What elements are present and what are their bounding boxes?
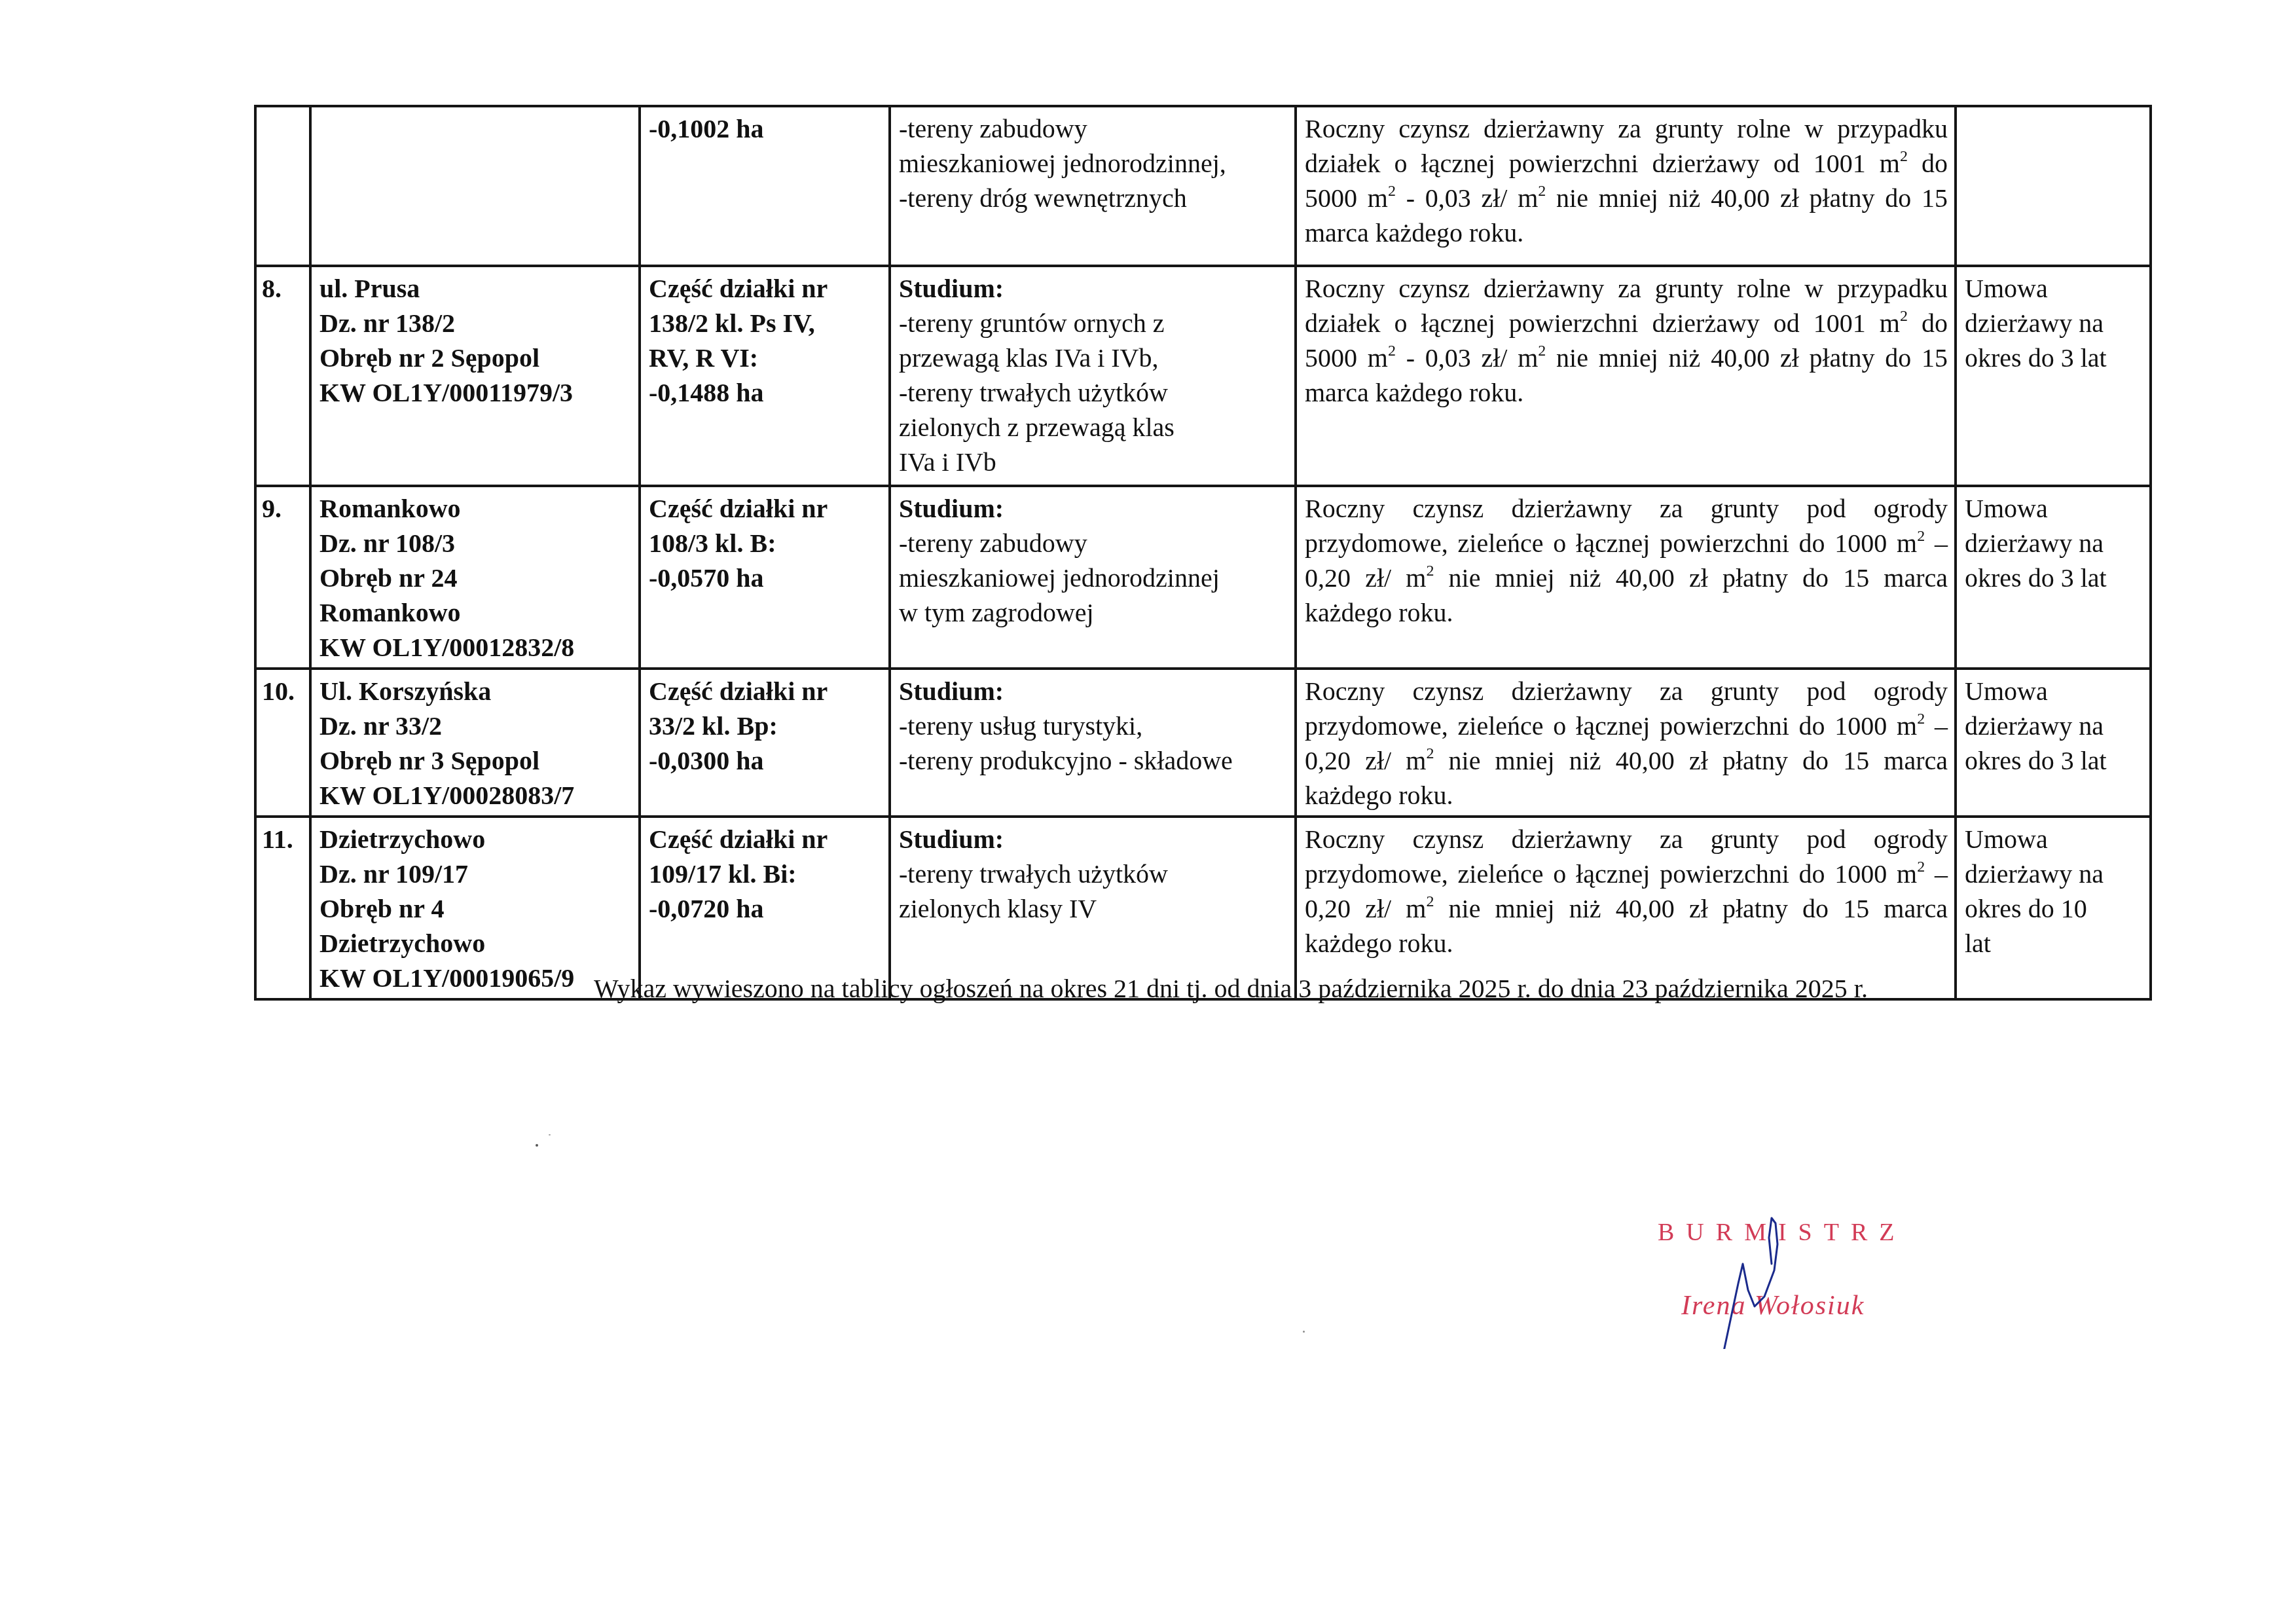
plot-part: -0,1002 ha <box>640 106 890 266</box>
study-line: -tereny produkcyjno - składowe <box>899 743 1288 778</box>
superscript: 2 <box>1426 745 1434 762</box>
term-line: Umowa <box>1965 674 2143 709</box>
superscript: 2 <box>1426 893 1434 910</box>
plot-location: RomankowoDz. nr 108/3Obręb nr 24Romankow… <box>310 486 640 669</box>
lease-term <box>1956 106 2151 266</box>
study-line: -tereny zabudowy <box>899 111 1288 146</box>
superscript: 2 <box>1388 342 1396 360</box>
location-line: Obręb nr 3 Sępopol <box>319 743 632 778</box>
annual-rent: Roczny czynsz dzierżawny za grunty pod o… <box>1296 486 1956 669</box>
study-line: -tereny usług turystyki, <box>899 709 1288 743</box>
location-line: Romankowo <box>319 595 632 630</box>
study-designation: Studium:-tereny usług turystyki,-tereny … <box>890 669 1296 817</box>
term-line: Umowa <box>1965 822 2143 857</box>
location-line: KW OL1Y/00011979/3 <box>319 375 632 410</box>
study-designation: Studium:-tereny gruntów ornych zprzewagą… <box>890 266 1296 486</box>
table-row: 10.Ul. KorszyńskaDz. nr 33/2Obręb nr 3 S… <box>255 669 2151 817</box>
handwritten-signature-icon <box>1650 1192 1990 1349</box>
location-line: ul. Prusa <box>319 271 632 306</box>
location-line: Dz. nr 33/2 <box>319 709 632 743</box>
lease-term: Umowadzierżawy naokres do 10lat <box>1956 817 2151 999</box>
table-row: -0,1002 ha-tereny zabudowymieszkaniowej … <box>255 106 2151 266</box>
term-line: Umowa <box>1965 491 2143 526</box>
row-number: 9. <box>255 486 310 669</box>
part-line: RV, R VI: <box>649 341 882 375</box>
table-row: 8.ul. PrusaDz. nr 138/2Obręb nr 2 Sępopo… <box>255 266 2151 486</box>
study-line: zielonych z przewagą klas <box>899 410 1288 445</box>
location-line: Obręb nr 2 Sępopol <box>319 341 632 375</box>
study-line: -tereny zabudowy <box>899 526 1288 561</box>
part-line: -0,0720 ha <box>649 891 882 926</box>
row-number: 8. <box>255 266 310 486</box>
study-title: Studium: <box>899 271 1288 306</box>
superscript: 2 <box>1917 528 1925 545</box>
location-line: Obręb nr 4 <box>319 891 632 926</box>
study-designation: Studium:-tereny zabudowymieszkaniowej je… <box>890 486 1296 669</box>
study-line: -tereny trwałych użytków <box>899 375 1288 410</box>
term-line: dzierżawy na <box>1965 306 2143 341</box>
superscript: 2 <box>1900 308 1908 325</box>
study-line: IVa i IVb <box>899 445 1288 479</box>
plot-location <box>310 106 640 266</box>
superscript: 2 <box>1426 563 1434 580</box>
superscript: 2 <box>1917 858 1925 876</box>
plot-part: Część działki nr138/2 kl. Ps IV,RV, R VI… <box>640 266 890 486</box>
row-number: 10. <box>255 669 310 817</box>
part-line: Część działki nr <box>649 822 882 857</box>
term-line: okres do 3 lat <box>1965 743 2143 778</box>
term-line: okres do 3 lat <box>1965 561 2143 595</box>
part-line: Część działki nr <box>649 491 882 526</box>
study-line: mieszkaniowej jednorodzinnej, <box>899 146 1288 181</box>
location-line: KW OL1Y/00028083/7 <box>319 778 632 813</box>
part-line: -0,1488 ha <box>649 375 882 410</box>
annual-rent: Roczny czynsz dzierżawny za grunty rolne… <box>1296 106 1956 266</box>
part-line: Część działki nr <box>649 271 882 306</box>
study-line: zielonych klasy IV <box>899 891 1288 926</box>
scan-speck <box>1303 1331 1305 1333</box>
part-line: Część działki nr <box>649 674 882 709</box>
part-line: 138/2 kl. Ps IV, <box>649 306 882 341</box>
table-row: 9.RomankowoDz. nr 108/3Obręb nr 24Romank… <box>255 486 2151 669</box>
location-line: Ul. Korszyńska <box>319 674 632 709</box>
study-line: mieszkaniowej jednorodzinnej <box>899 561 1288 595</box>
study-line: -tereny gruntów ornych z <box>899 306 1288 341</box>
location-line: KW OL1Y/00012832/8 <box>319 630 632 665</box>
location-line: Dz. nr 138/2 <box>319 306 632 341</box>
study-title: Studium: <box>899 822 1288 857</box>
study-designation: -tereny zabudowymieszkaniowej jednorodzi… <box>890 106 1296 266</box>
study-title: Studium: <box>899 674 1288 709</box>
location-line: Dzietrzychowo <box>319 822 632 857</box>
term-line: lat <box>1965 926 2143 961</box>
scan-speck <box>549 1134 551 1135</box>
study-line: -tereny dróg wewnętrznych <box>899 181 1288 215</box>
plot-part: Część działki nr33/2 kl. Bp:-0,0300 ha <box>640 669 890 817</box>
part-line: 109/17 kl. Bi: <box>649 857 882 891</box>
plot-part: Część działki nr108/3 kl. B:-0,0570 ha <box>640 486 890 669</box>
term-line: okres do 10 <box>1965 891 2143 926</box>
location-line: Dzietrzychowo <box>319 926 632 961</box>
superscript: 2 <box>1538 183 1546 200</box>
study-line: przewagą klas IVa i IVb, <box>899 341 1288 375</box>
part-line: -0,0570 ha <box>649 561 882 595</box>
annual-rent: Roczny czynsz dzierżawny za grunty rolne… <box>1296 266 1956 486</box>
location-line: Obręb nr 24 <box>319 561 632 595</box>
lease-term: Umowadzierżawy naokres do 3 lat <box>1956 486 2151 669</box>
plot-location: Ul. KorszyńskaDz. nr 33/2Obręb nr 3 Sępo… <box>310 669 640 817</box>
part-line: 33/2 kl. Bp: <box>649 709 882 743</box>
superscript: 2 <box>1388 183 1396 200</box>
superscript: 2 <box>1900 148 1908 165</box>
part-line: -0,1002 ha <box>649 111 882 146</box>
part-line: -0,0300 ha <box>649 743 882 778</box>
term-line: dzierżawy na <box>1965 857 2143 891</box>
superscript: 2 <box>1917 710 1925 728</box>
study-line: w tym zagrodowej <box>899 595 1288 630</box>
term-line: dzierżawy na <box>1965 709 2143 743</box>
term-line: dzierżawy na <box>1965 526 2143 561</box>
location-line: Dz. nr 109/17 <box>319 857 632 891</box>
row-number <box>255 106 310 266</box>
lease-term: Umowadzierżawy naokres do 3 lat <box>1956 266 2151 486</box>
location-line: Romankowo <box>319 491 632 526</box>
location-line: Dz. nr 108/3 <box>319 526 632 561</box>
term-line: Umowa <box>1965 271 2143 306</box>
row-number: 11. <box>255 817 310 999</box>
plot-location: ul. PrusaDz. nr 138/2Obręb nr 2 SępopolK… <box>310 266 640 486</box>
term-line: okres do 3 lat <box>1965 341 2143 375</box>
study-line: -tereny trwałych użytków <box>899 857 1288 891</box>
lease-term: Umowadzierżawy naokres do 3 lat <box>1956 669 2151 817</box>
annual-rent: Roczny czynsz dzierżawny za grunty pod o… <box>1296 669 1956 817</box>
lease-plots-table: -0,1002 ha-tereny zabudowymieszkaniowej … <box>254 105 2152 1001</box>
part-line: 108/3 kl. B: <box>649 526 882 561</box>
study-title: Studium: <box>899 491 1288 526</box>
scan-speck <box>536 1144 538 1147</box>
mayor-stamp: BURMISTRZ Irena Wołosiuk <box>1650 1192 1990 1349</box>
superscript: 2 <box>1538 342 1546 360</box>
posting-notice: Wykaz wywieszono na tablicy ogłoszeń na … <box>478 972 1984 1006</box>
